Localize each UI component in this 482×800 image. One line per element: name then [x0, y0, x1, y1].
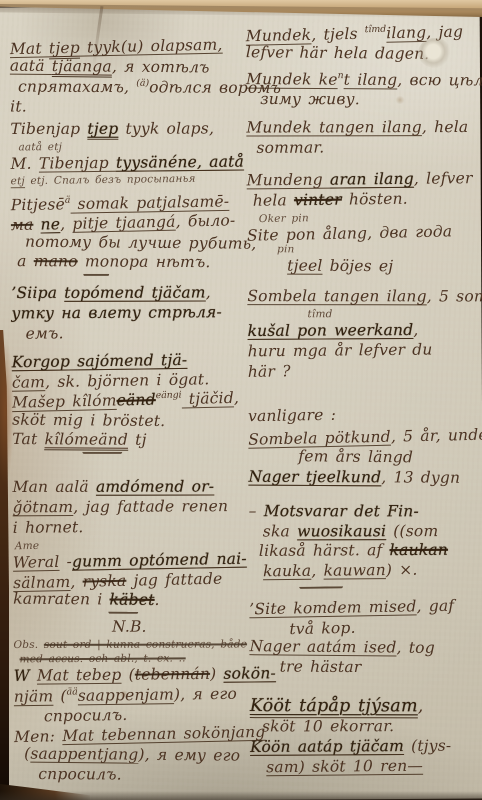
text-segment: спрятахамъ, [18, 77, 136, 96]
text-segment: ’Siipa [11, 284, 64, 302]
text-segment: ska [263, 522, 297, 540]
text-segment: likaså härst. af [259, 542, 390, 561]
text-segment: – [249, 502, 264, 520]
text-segment: i hornet. [13, 518, 84, 537]
text-segment: sköt mig i bröstet. [12, 410, 165, 429]
text-segment: njäm [14, 687, 54, 706]
text-segment: wuosikausi [297, 522, 386, 540]
text-segment: Tat [12, 430, 44, 448]
text-segment: kîlómeänd [45, 431, 129, 451]
manuscript-column-left: Mat tjep tyyk(u) olapsam,aatä tjäanga, я… [10, 24, 247, 787]
text-segment: somak patjalsamē- [70, 192, 229, 213]
text-segment: Tibenjap [10, 120, 87, 138]
text-segment: зиму живу. [260, 90, 360, 108]
text-segment: tre hästar [280, 657, 362, 675]
manuscript-line: pin [277, 244, 479, 258]
text-segment: tjep [87, 119, 118, 139]
manuscript-line: Obs. sout ord | kunna construeras, både [13, 638, 245, 651]
text-segment: tj [128, 431, 147, 449]
manuscript-line: Mundeng aran ilang, lefver [247, 170, 479, 190]
manuscript-line: спросилъ. [38, 766, 246, 785]
manuscript-line: Kööt tápåp tjýsam, [250, 696, 482, 716]
text-segment: , всю цѣлую [397, 71, 482, 90]
text-segment: aran ilang [330, 170, 414, 189]
manuscript-line: med accus. och abl., t. ex. .. [20, 652, 246, 665]
text-segment: t ilang [344, 71, 398, 89]
ink-stroke [82, 452, 122, 457]
text-segment: saappentjang [30, 745, 138, 764]
text-segment: , [60, 215, 73, 233]
text-segment: Sombela tangen ilang [247, 287, 426, 305]
text-segment: tyyk olaps, [118, 119, 214, 137]
manuscript-line: ǧötnam, jag fattade renen [13, 498, 245, 517]
text-segment: , [70, 572, 83, 590]
text-segment: , jag [426, 23, 463, 42]
manuscript-line: Tibenjap tjep tyyk olaps, [10, 120, 242, 138]
manuscript-line: Nager aatám ised, tog [249, 638, 481, 658]
manuscript-line: kamraten i käbet. [13, 591, 245, 611]
text-segment: , 5 somr. [427, 288, 482, 306]
text-segment: fem års längd [298, 447, 413, 466]
text-segment: pin [277, 244, 295, 256]
text-segment: ’Site komdem mised [249, 597, 417, 618]
text-segment: sout ord | kunna construeras, både [44, 638, 247, 650]
text-segment: , [413, 321, 418, 339]
text-segment: Oker pin [259, 212, 309, 225]
text-segment: ǧötnam [13, 498, 74, 516]
text-segment: ((som [386, 522, 438, 540]
text-segment: aatä [10, 56, 52, 74]
text-segment: huru mga år lefver du [248, 341, 433, 361]
text-segment: tjäčid [182, 389, 235, 408]
manuscript-line: Men: Mat tebennan sokönjang [14, 724, 246, 747]
ink-stroke [299, 586, 343, 592]
text-segment: Pitjesē [11, 195, 65, 214]
manuscript-line: Man aalä amdómend or- [12, 479, 244, 497]
manuscript-line: Nager tjeelkund, 13 dygn [248, 469, 480, 488]
manuscript-line: Sombela pötkund, 5 år, under [248, 427, 480, 450]
manuscript-line: ’Site komdem mised, gaf [249, 597, 481, 619]
manuscript-line: hela vinter hösten. [253, 189, 479, 210]
text-segment: Mat tebennan sokönjang [62, 723, 266, 745]
manuscript-column-right: Mundek, tjels tîmdilang, jaglefver här h… [246, 19, 482, 779]
text-segment: kaukan [390, 541, 449, 559]
text-segment: ne [40, 215, 60, 233]
text-segment: Site pon ålang [247, 224, 368, 245]
manuscript-line: спрятахамъ, (ä)одѣлся воромъ [18, 78, 242, 98]
text-segment: kamraten i [13, 590, 110, 609]
text-segment: hela [253, 191, 295, 210]
manuscript-line: Korgop sajómend tjä- [12, 351, 244, 372]
manuscript-line: etj etj. Спалъ безъ просыпанья [11, 173, 243, 188]
manuscript-line: här ? [248, 360, 480, 381]
text-segment: čam [12, 373, 46, 392]
text-segment: ), я его [174, 685, 237, 704]
text-segment: W [14, 667, 30, 685]
text-segment: емъ. [25, 324, 63, 342]
manuscript-line: sam) sköt 10 ren— [266, 757, 482, 777]
text-segment: Men: [14, 727, 63, 746]
manuscript-line: Site pon ålang, два года [247, 222, 479, 245]
manuscript-line: i hornet. [13, 517, 245, 537]
manuscript-line: емъ. [25, 323, 243, 343]
text-segment: ryska [82, 571, 126, 590]
text-segment: saappenjam [78, 686, 174, 705]
manuscript-line: tîmd [307, 308, 479, 320]
manuscript-line: Mat tjep tyyk(u) olapsam, [10, 36, 242, 59]
text-segment: , [311, 562, 323, 580]
text-segment: tyysänéne, aatå [116, 152, 244, 171]
manuscript-line: M. Tibenjap tyysänéne, aatå [10, 153, 242, 173]
text-segment: ), я ему его [138, 746, 240, 765]
text-segment: tyyk(u) olapsam, [80, 36, 223, 57]
text-segment: två kop. [289, 619, 356, 638]
manuscript-line: två kop. [289, 617, 481, 639]
text-segment: Tibenjap [39, 153, 116, 172]
text-segment: Mundek tangen ilang [246, 118, 422, 136]
text-segment: , 5 år, under [391, 426, 482, 446]
manuscript-line: N.B. [13, 619, 245, 637]
text-segment: etj. Спалъ безъ просыпанья [25, 173, 196, 187]
manuscript-line: likaså härst. af kaukan [259, 542, 481, 561]
manuscript-line: kauka, kauwan) ×. [263, 561, 481, 581]
manuscript-line: W Mat tebep (tebennán) sokön- [14, 666, 246, 686]
text-segment: Mundek ke [246, 70, 338, 88]
text-segment: aatå etj [18, 141, 62, 153]
text-segment: sköt 10 ekorrar. [262, 718, 394, 736]
text-segment: etj [11, 176, 25, 188]
text-segment: gumm optómend nai- [72, 549, 247, 570]
text-segment: här ? [248, 362, 291, 381]
text-segment: , [418, 697, 424, 717]
manuscript-line: – Motsvarar det Fin- [249, 503, 481, 521]
text-segment: jag fattade [126, 569, 222, 589]
manuscript-line: huru mga år lefver du [248, 341, 480, 361]
text-segment: Man aalä [12, 478, 95, 496]
text-segment: Nager tjeelkund [248, 468, 381, 487]
text-segment: Korgop [12, 352, 78, 371]
text-segment: Motsvarar det Fin- [264, 502, 419, 520]
text-segment: (tjys- [404, 737, 451, 755]
text-segment: , tog [396, 638, 435, 656]
text-segment: а [17, 253, 34, 271]
text-segment: sajómend tjä- [77, 351, 187, 371]
text-segment: ма [11, 216, 34, 234]
manuscript-line: ма ne, pitje tjaangá, было- [11, 212, 243, 235]
text-segment: потому бы лучше рубить, [25, 232, 257, 252]
text-segment: tjeel [287, 257, 322, 275]
text-segment: - [59, 552, 72, 570]
manuscript-line: njäm (ääsaappenjam), я его [14, 685, 246, 707]
text-segment: , hela [422, 118, 468, 136]
text-segment: N.B. [112, 618, 147, 636]
text-segment: ää [67, 686, 78, 697]
text-segment: . [154, 591, 159, 609]
manuscript-line: Sombela tangen ilang, 5 somr. [247, 288, 479, 306]
text-segment: Mundeng [247, 170, 331, 189]
text-segment: med accus. och abl., t. ex. .. [20, 652, 186, 665]
text-segment: ) [210, 665, 224, 683]
text-segment: ( [53, 687, 67, 705]
text-segment: , [206, 284, 211, 302]
text-segment: , я хотѣлъ [112, 57, 210, 76]
text-segment: tîmd [307, 308, 332, 320]
manuscript-line: vanligare : [248, 404, 480, 426]
text-segment: утку на влету стрѣля- [11, 303, 222, 322]
manuscript-line: Tat kîlómeänd tj [12, 431, 244, 450]
manuscript-line: tre hästar [280, 658, 482, 677]
text-segment: Obs. [13, 639, 43, 651]
manuscript-line: it. [10, 98, 242, 116]
text-segment: спросилъ. [44, 706, 128, 725]
manuscript-line: утку на влету стрѣля- [11, 304, 243, 323]
ink-stroke [83, 274, 109, 279]
text-segment: , два года [367, 222, 452, 242]
text-segment: , [234, 389, 240, 407]
text-segment: tîmd [365, 24, 387, 35]
text-segment: спросилъ. [38, 765, 122, 783]
text-segment: topómend tjäčam [64, 284, 205, 302]
text-segment: eängi [156, 390, 182, 402]
text-segment: käbet [110, 591, 155, 609]
manuscript-line: kušal pon weerkand, [248, 322, 480, 341]
manuscript-line: потому бы лучше рубить, [25, 233, 243, 253]
notebook-page: Mat tjep tyyk(u) olapsam,aatä tjäanga, я… [0, 5, 482, 800]
manuscript-line: lefver här hela dagen. [246, 44, 478, 64]
manuscript-line: Köön aatáp tjäčam (tjys- [250, 738, 482, 757]
text-segment: Mašep [12, 393, 73, 412]
text-segment: kîlóm [72, 392, 117, 411]
text-segment: Kööt tápåp tjýsam [250, 696, 418, 718]
text-segment: sommar. [256, 139, 324, 157]
manuscript-line: а тапо топора нѣтъ. [17, 254, 243, 273]
text-segment: тапо [34, 253, 78, 271]
text-segment: vinter [294, 190, 342, 209]
text-segment: ) ×. [386, 561, 418, 579]
text-segment: , jag fattade renen [73, 497, 228, 516]
text-segment: ilang [386, 23, 426, 42]
text-segment: топора нѣтъ. [78, 253, 211, 272]
text-segment: hösten. [342, 189, 408, 208]
text-segment: tebennán [135, 665, 210, 684]
text-segment: amdómend or- [96, 478, 214, 496]
manuscript-line: sköt 10 ekorrar. [262, 718, 482, 736]
text-segment: böjes ej [322, 257, 393, 275]
manuscript-line: (saappentjang), я ему его [24, 746, 246, 766]
text-segment: it. [10, 97, 27, 115]
manuscript-line: sköt mig i bröstet. [12, 411, 244, 431]
manuscript-line: ska wuosikausi ((som [263, 523, 481, 541]
manuscript-line: Mundek tangen ilang, hela [246, 119, 478, 137]
text-segment: Mat tebep [37, 666, 122, 685]
manuscript-line: Mašep kîlómeändeängi tjäčid, [12, 390, 244, 413]
text-segment: sam) sköt 10 ren— [266, 757, 423, 777]
manuscript-line: aatå etj [18, 140, 242, 153]
text-segment: (ä) [136, 77, 149, 88]
ink-stroke [108, 612, 138, 617]
text-segment: Ame [15, 540, 40, 552]
text-segment: , 13 dygn [381, 468, 460, 486]
manuscript-line: aatä tjäanga, я хотѣлъ [10, 57, 242, 77]
text-segment: Sombela pötkund [248, 428, 391, 449]
manuscript-line: tjeel böjes ej [287, 258, 479, 277]
text-segment: , gaf [416, 597, 454, 616]
text-segment: kauka [263, 562, 311, 580]
text-segment: Weral [13, 553, 60, 572]
manuscript-line: зиму живу. [260, 91, 478, 109]
manuscript-line: ’Siipa topómend tjäčam, [11, 285, 243, 303]
text-segment: , lefver [414, 169, 473, 188]
text-segment: ( [121, 666, 135, 684]
text-segment: tjäanga [52, 57, 112, 78]
text-segment: Nager aatám ised [249, 637, 396, 656]
text-segment: pitje tjaangá [72, 212, 176, 232]
text-segment: , sk. björnen i ögat. [45, 370, 210, 391]
text-segment: kušal pon weerkand [248, 321, 414, 340]
text-segment: lefver här hela dagen. [246, 43, 430, 63]
text-segment: Köön aatáp tjäčam [250, 737, 404, 756]
text-segment: Mat [10, 39, 49, 58]
manuscript-line: fem års längd [298, 448, 480, 467]
text-segment: kauwan [323, 561, 385, 580]
text-segment: eänd [116, 391, 156, 410]
text-segment: vanligare : [248, 405, 336, 425]
text-segment: , было- [175, 211, 235, 230]
text-segment: , tjels [311, 25, 365, 44]
manuscript-line: sommar. [256, 139, 478, 158]
manuscript-photo: Mat tjep tyyk(u) olapsam,aatä tjäanga, я… [0, 0, 482, 800]
text-segment: M. [10, 154, 39, 172]
manuscript-line: Mundek kent ilang, всю цѣлую [246, 71, 478, 91]
